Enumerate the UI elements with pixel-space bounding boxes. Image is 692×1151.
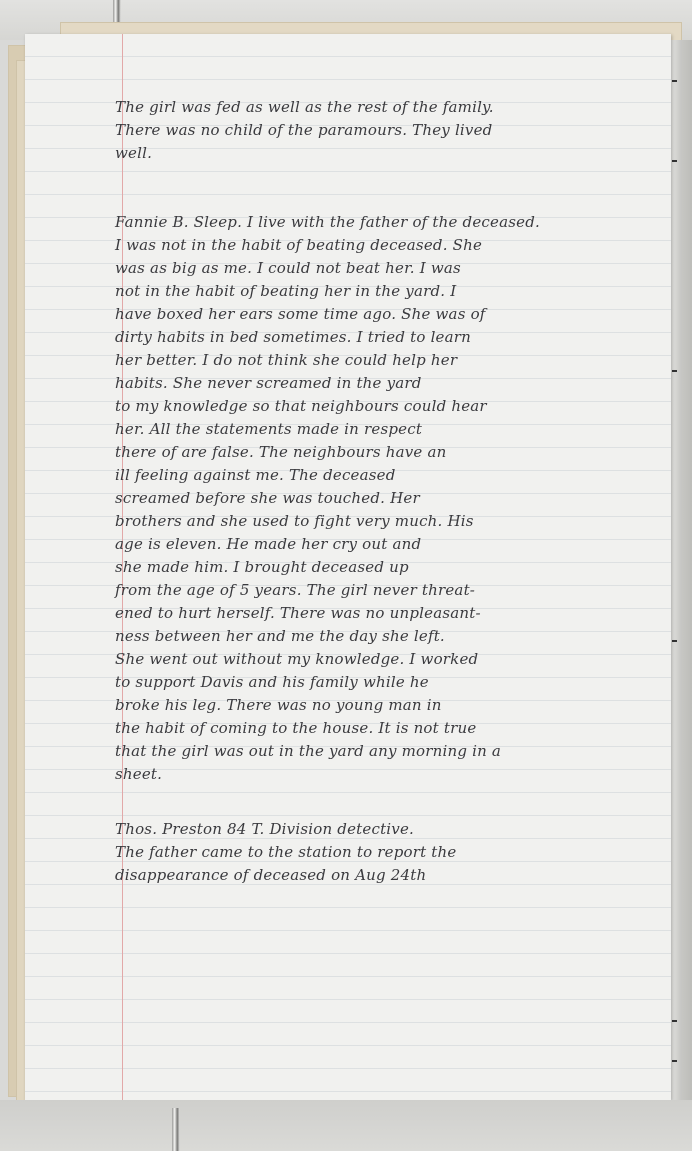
text-line: The father came to the station to report… [115, 841, 671, 864]
text-line: was as big as me. I could not beat her. … [115, 257, 671, 280]
text-line: I was not in the habit of beating deceas… [115, 234, 671, 257]
facing-page-mark [672, 80, 677, 82]
binder-rod-top [113, 0, 121, 24]
section-testimony-preston: Thos. Preston 84 T. Division detective. … [115, 818, 671, 887]
document-body: The girl was fed as well as the rest of … [115, 96, 671, 887]
text-line: Fannie B. Sleep. I live with the father … [115, 211, 671, 234]
text-line: ness between her and me the day she left… [115, 625, 671, 648]
text-line: age is eleven. He made her cry out and [115, 533, 671, 556]
text-line: not in the habit of beating her in the y… [115, 280, 671, 303]
text-line: screamed before she was touched. Her [115, 487, 671, 510]
background-bottom [0, 1100, 692, 1151]
text-line: there of are false. The neighbours have … [115, 441, 671, 464]
text-line: brothers and she used to fight very much… [115, 510, 671, 533]
manuscript-page: The girl was fed as well as the rest of … [25, 34, 671, 1100]
text-line: to support Davis and his family while he [115, 671, 671, 694]
text-line: broke his leg. There was no young man in [115, 694, 671, 717]
text-line: her. All the statements made in respect [115, 418, 671, 441]
binder-rod-bottom [172, 1108, 180, 1151]
text-line: to my knowledge so that neighbours could… [115, 395, 671, 418]
text-line: well. [115, 142, 671, 165]
facing-page-mark [672, 370, 677, 372]
text-line: disappearance of deceased on Aug 24th [115, 864, 671, 887]
facing-page-edge [670, 40, 692, 1110]
section-spacer [115, 786, 671, 818]
text-line: dirty habits in bed sometimes. I tried t… [115, 326, 671, 349]
facing-page-mark [672, 160, 677, 162]
text-line: that the girl was out in the yard any mo… [115, 740, 671, 763]
text-line: sheet. [115, 763, 671, 786]
section-testimony-fannie: Fannie B. Sleep. I live with the father … [115, 211, 671, 786]
section-continuation: The girl was fed as well as the rest of … [115, 96, 671, 165]
text-line: the habit of coming to the house. It is … [115, 717, 671, 740]
text-line: have boxed her ears some time ago. She w… [115, 303, 671, 326]
text-line: from the age of 5 years. The girl never … [115, 579, 671, 602]
text-line: Thos. Preston 84 T. Division detective. [115, 818, 671, 841]
text-line: she made him. I brought deceased up [115, 556, 671, 579]
text-line: ill feeling against me. The deceased [115, 464, 671, 487]
facing-page-mark [672, 640, 677, 642]
text-line: her better. I do not think she could hel… [115, 349, 671, 372]
facing-page-mark [672, 1060, 677, 1062]
text-line: The girl was fed as well as the rest of … [115, 96, 671, 119]
facing-page-mark [672, 1020, 677, 1022]
text-line: habits. She never screamed in the yard [115, 372, 671, 395]
text-line: She went out without my knowledge. I wor… [115, 648, 671, 671]
text-line: There was no child of the paramours. The… [115, 119, 671, 142]
text-line: ened to hurt herself. There was no unple… [115, 602, 671, 625]
section-spacer [115, 165, 671, 211]
